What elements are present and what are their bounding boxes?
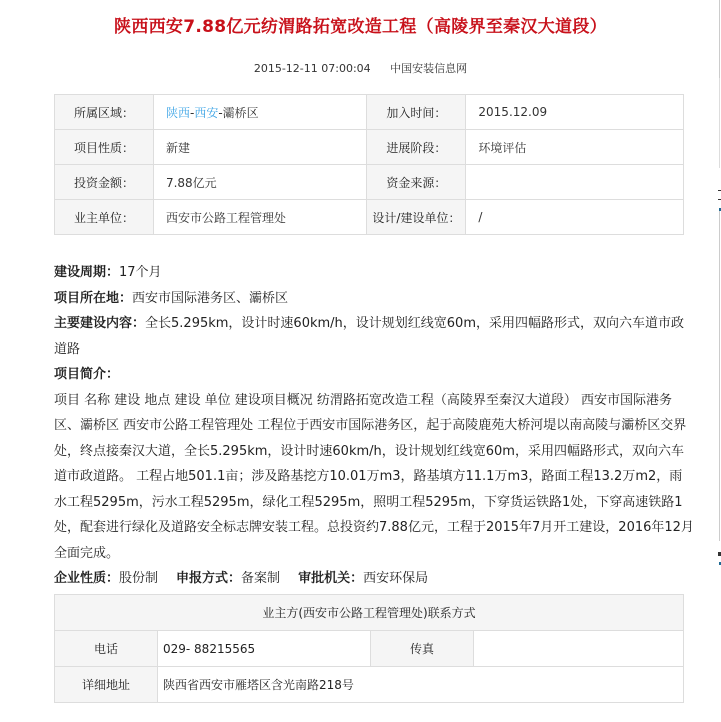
location-value: 西安市国际港务区、灞桥区: [132, 291, 288, 306]
intro-label: 项目简介：: [54, 367, 119, 382]
table-row: 业主单位： 西安市公路工程管理处 设计/建设单位： /: [55, 200, 684, 235]
period-label: 建设周期：: [54, 265, 119, 280]
phone-label: 电话: [55, 631, 158, 667]
project-info-table: 所属区域： 陕西-西安-灞桥区 加入时间： 2015.12.09 项目性质： 新…: [54, 94, 684, 235]
enterprise-value: 股份制: [119, 571, 158, 586]
nature-label: 项目性质：: [55, 130, 154, 165]
article-source: 中国安装信息网: [390, 62, 467, 75]
content-label: 主要建设内容：: [54, 316, 145, 331]
location-label: 项目所在地：: [54, 291, 132, 306]
address-label: 详细地址: [55, 667, 158, 703]
region-label: 所属区域：: [55, 95, 154, 130]
article-title: 陕西西安7.88亿元纺渭路拓宽改造工程（高陵界至秦汉大道段）: [0, 12, 721, 37]
content-value: 全长5.295km，设计时速60km/h，设计规划红线宽60m，采用四幅路形式，…: [54, 316, 684, 357]
report-value: 备案制: [241, 571, 280, 586]
table-row: 投资金额： 7.88亿元 资金来源：: [55, 165, 684, 200]
investment-label: 投资金额：: [55, 165, 154, 200]
nature-value: 新建: [153, 130, 367, 165]
owner-label: 业主单位：: [55, 200, 154, 235]
intro-heading: 项目简介：: [54, 362, 694, 388]
fund-source-value: [466, 165, 684, 200]
join-time-value: 2015.12.09: [466, 95, 684, 130]
fund-source-label: 资金来源：: [367, 165, 466, 200]
table-row: 所属区域： 陕西-西安-灞桥区 加入时间： 2015.12.09: [55, 95, 684, 130]
stage-label: 进展阶段：: [367, 130, 466, 165]
classification-line: 企业性质：股份制申报方式：备案制审批机关：西安环保局: [54, 566, 694, 592]
sidebar-border: [719, 211, 720, 541]
intro-text: 项目 名称 建设 地点 建设 单位 建设项目概况 纺渭路拓宽改造工程（高陵界至秦…: [54, 388, 694, 567]
region-value: 陕西-西安-灞桥区: [153, 95, 367, 130]
owner-value: 西安市公路工程管理处: [153, 200, 367, 235]
project-details: 建设周期：17个月 项目所在地：西安市国际港务区、灞桥区 主要建设内容：全长5.…: [54, 260, 694, 592]
table-row: 详细地址 陕西省西安市雁塔区含光南路218号: [55, 667, 684, 703]
sidebar-border: [719, 0, 720, 78]
table-row: 业主方(西安市公路工程管理处)联系方式: [55, 595, 684, 631]
period-value: 17个月: [119, 265, 162, 280]
contact-header: 业主方(西安市公路工程管理处)联系方式: [55, 595, 684, 631]
join-time-label: 加入时间：: [367, 95, 466, 130]
fax-label: 传真: [371, 631, 474, 667]
phone-value: 029- 88215565: [158, 631, 371, 667]
designer-value: /: [466, 200, 684, 235]
approval-value: 西安环保局: [363, 571, 428, 586]
publish-datetime: 2015-12-11 07:00:04: [254, 62, 371, 75]
enterprise-label: 企业性质：: [54, 571, 119, 586]
report-label: 申报方式：: [176, 571, 241, 586]
region-link-province[interactable]: 陕西: [166, 106, 190, 120]
location-line: 项目所在地：西安市国际港务区、灞桥区: [54, 286, 694, 312]
approval-label: 审批机关：: [298, 571, 363, 586]
sidebar-border: [719, 78, 720, 168]
investment-value: 7.88亿元: [153, 165, 367, 200]
address-value: 陕西省西安市雁塔区含光南路218号: [158, 667, 684, 703]
article-meta: 2015-12-11 07:00:04 中国安装信息网: [0, 60, 721, 76]
region-link-city[interactable]: 西安: [194, 106, 218, 120]
period-line: 建设周期：17个月: [54, 260, 694, 286]
stage-value: 环境评估: [466, 130, 684, 165]
contact-table: 业主方(西安市公路工程管理处)联系方式 电话 029- 88215565 传真 …: [54, 594, 684, 703]
table-row: 项目性质： 新建 进展阶段： 环境评估: [55, 130, 684, 165]
table-row: 电话 029- 88215565 传真: [55, 631, 684, 667]
fax-value: [474, 631, 684, 667]
designer-label: 设计/建设单位：: [367, 200, 466, 235]
content-line: 主要建设内容：全长5.295km，设计时速60km/h，设计规划红线宽60m，采…: [54, 311, 694, 362]
region-district: 灞桥区: [223, 106, 259, 120]
